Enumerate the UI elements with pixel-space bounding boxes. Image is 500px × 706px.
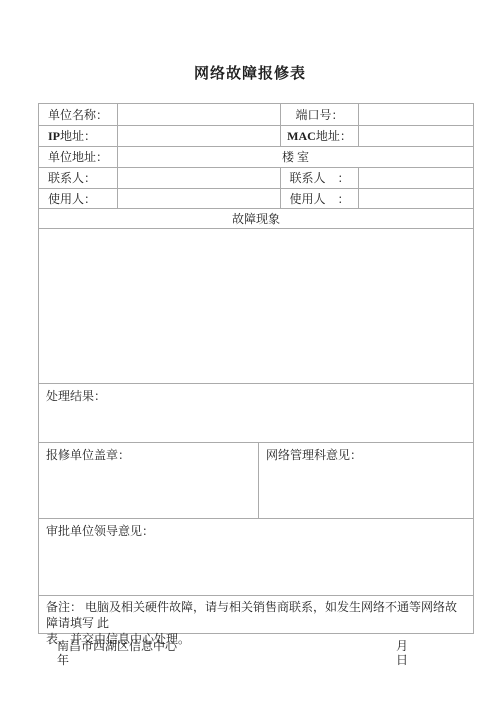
network-dept-opinion-label: 网络管理科意见： <box>266 448 362 462</box>
ip-address-field[interactable] <box>118 126 281 146</box>
table-row: 单位地址： 楼 室 <box>39 147 473 168</box>
remark-cell: 备注： 电脑及相关硬件故障，请与相关销售商联系，如发生网络不通等网络故障请填写 … <box>39 596 473 633</box>
table-row: 处理结果： <box>39 384 473 443</box>
user-phone-label: 使用人 ： <box>281 189 359 208</box>
stamp-label: 报修单位盖章： <box>46 448 130 462</box>
remark-line-1: 备注： 电脑及相关硬件故障，请与相关销售商联系，如发生网络不通等网络故障请填写 … <box>46 599 466 631</box>
table-row: 故障现象 <box>39 209 473 229</box>
port-field[interactable] <box>359 104 473 125</box>
document-page: 网络故障报修表 单位名称： 端口号： IP地址： MAC地址： 单位地址： 楼 … <box>0 0 500 706</box>
day-label: 日 <box>396 653 408 667</box>
unit-name-field[interactable] <box>118 104 281 125</box>
stamp-field[interactable]: 报修单位盖章： <box>39 443 259 518</box>
org-name: 南昌市西湖区信息中心 <box>57 639 177 653</box>
result-label: 处理结果： <box>46 389 106 403</box>
repair-form-table: 单位名称： 端口号： IP地址： MAC地址： 单位地址： 楼 室 联系人： 联… <box>38 103 474 634</box>
table-row: 备注： 电脑及相关硬件故障，请与相关销售商联系，如发生网络不通等网络故障请填写 … <box>39 596 473 633</box>
unit-address-label: 单位地址： <box>39 147 118 167</box>
mac-address-field[interactable] <box>359 126 473 146</box>
mac-address-label: MAC地址： <box>281 126 359 146</box>
table-row: 使用人： 使用人 ： <box>39 189 473 209</box>
page-title: 网络故障报修表 <box>0 62 500 83</box>
leader-opinion-field[interactable]: 审批单位领导意见： <box>39 519 473 595</box>
unit-name-label: 单位名称： <box>39 104 118 125</box>
table-row: 审批单位领导意见： <box>39 519 473 596</box>
contact-field[interactable] <box>118 168 281 188</box>
table-row: 单位名称： 端口号： <box>39 104 473 126</box>
table-row: 报修单位盖章： 网络管理科意见： <box>39 443 473 519</box>
unit-address-field[interactable]: 楼 室 <box>118 147 473 167</box>
ip-address-label: IP地址： <box>39 126 118 146</box>
table-row: 联系人： 联系人 ： <box>39 168 473 189</box>
user-label: 使用人： <box>39 189 118 208</box>
fault-description-header: 故障现象 <box>39 209 473 228</box>
building-room-label: 楼 室 <box>282 150 309 164</box>
fault-description-field[interactable] <box>39 229 473 383</box>
contact-phone-field[interactable] <box>359 168 473 188</box>
month-label: 月 <box>396 639 408 653</box>
leader-opinion-label: 审批单位领导意见： <box>46 524 154 538</box>
table-row: IP地址： MAC地址： <box>39 126 473 147</box>
port-label: 端口号： <box>281 104 359 125</box>
result-field[interactable]: 处理结果： <box>39 384 473 442</box>
user-field[interactable] <box>118 189 281 208</box>
table-row <box>39 229 473 384</box>
network-dept-opinion-field[interactable]: 网络管理科意见： <box>259 443 473 518</box>
user-phone-field[interactable] <box>359 189 473 208</box>
year-label: 年 <box>57 653 69 667</box>
contact-label: 联系人： <box>39 168 118 188</box>
contact-phone-label: 联系人 ： <box>281 168 359 188</box>
